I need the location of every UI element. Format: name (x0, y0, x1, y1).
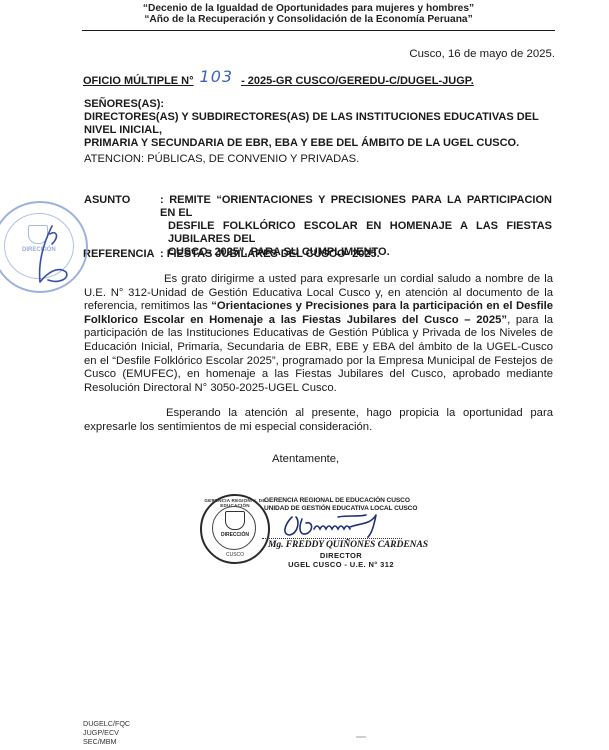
handwritten-number: 103 (200, 67, 234, 86)
header-line-1: “Decenio de la Igualdad de Oportunidades… (0, 3, 609, 14)
salutation: SEÑORES(AS): (84, 98, 564, 111)
recipients: SEÑORES(AS): DIRECTORES(AS) Y SUBDIRECTO… (84, 98, 564, 150)
header-rule (82, 30, 555, 31)
recipients-line-1: DIRECTORES(AS) Y SUBDIRECTORES(AS) DE LA… (84, 111, 564, 137)
closing: Atentamente, (272, 453, 339, 465)
initials-line-1: DUGELC/FQC (83, 719, 130, 728)
initials-line-3: SEC/MBM (83, 737, 130, 746)
referencia-label: REFERENCIA (83, 248, 155, 260)
recipients-line-2: PRIMARIA Y SECUNDARIA DE EBR, EBA Y EBE … (84, 137, 564, 150)
asunto-label: ASUNTO (84, 194, 130, 206)
header-line-2: “Año de la Recuperación y Consolidación … (0, 14, 609, 25)
signatory-unit: UGEL CUSCO - U.E. N° 312 (268, 560, 414, 569)
stamp-bottom-text: CUSCO (202, 552, 268, 558)
asunto-line-2: DESFILE FOLKLÓRICO ESCOLAR EN HOMENAJE A… (160, 220, 552, 246)
atencion-line: ATENCION: PÚBLICAS, DE CONVENIO Y PRIVAD… (84, 153, 359, 165)
signatory-position: DIRECTOR (268, 551, 414, 560)
handwritten-signature-icon (278, 511, 398, 541)
oficio-suffix: - 2025-GR CUSCO/GEREDU-C/DUGEL-JUGP. (241, 75, 474, 87)
org-line-1: GERENCIA REGIONAL DE EDUCACIÓN CUSCO (264, 497, 417, 505)
body-paragraph-1: Es grato dirigirme a usted para expresar… (84, 273, 553, 395)
referencia-text: : FIESTAS JUBILARES DEL CUSCO- 2025. (160, 248, 380, 260)
signatory-title: DIRECTOR UGEL CUSCO - U.E. N° 312 (268, 551, 414, 569)
direction-stamp: GERENCIA REGIONAL DE EDUCACIÓN DIRECCIÓN… (200, 494, 270, 564)
footer-initials: DUGELC/FQC JUGP/ECV SEC/MBM (83, 719, 130, 746)
initials-line-2: JUGP/ECV (83, 728, 130, 737)
scan-artifact (356, 736, 366, 738)
body-paragraph-2: Esperando la atención al presente, hago … (84, 407, 553, 434)
coat-of-arms-icon (225, 511, 245, 530)
document-date: Cusco, 16 de mayo de 2025. (409, 48, 555, 60)
oficio-number: OFICIO MÚLTIPLE N°103- 2025-GR CUSCO/GER… (83, 69, 474, 88)
commemorative-header: “Decenio de la Igualdad de Oportunidades… (0, 3, 609, 25)
signatory-name: Mg. FREDDY QUIÑONES CARDENAS (268, 539, 428, 550)
stamp-center-text: DIRECCIÓN (202, 532, 268, 538)
initials-signature-icon (30, 222, 80, 288)
asunto-line-1: : REMITE “ORIENTACIONES Y PRECISIONES PA… (160, 194, 552, 220)
oficio-prefix: OFICIO MÚLTIPLE N° (83, 75, 194, 87)
